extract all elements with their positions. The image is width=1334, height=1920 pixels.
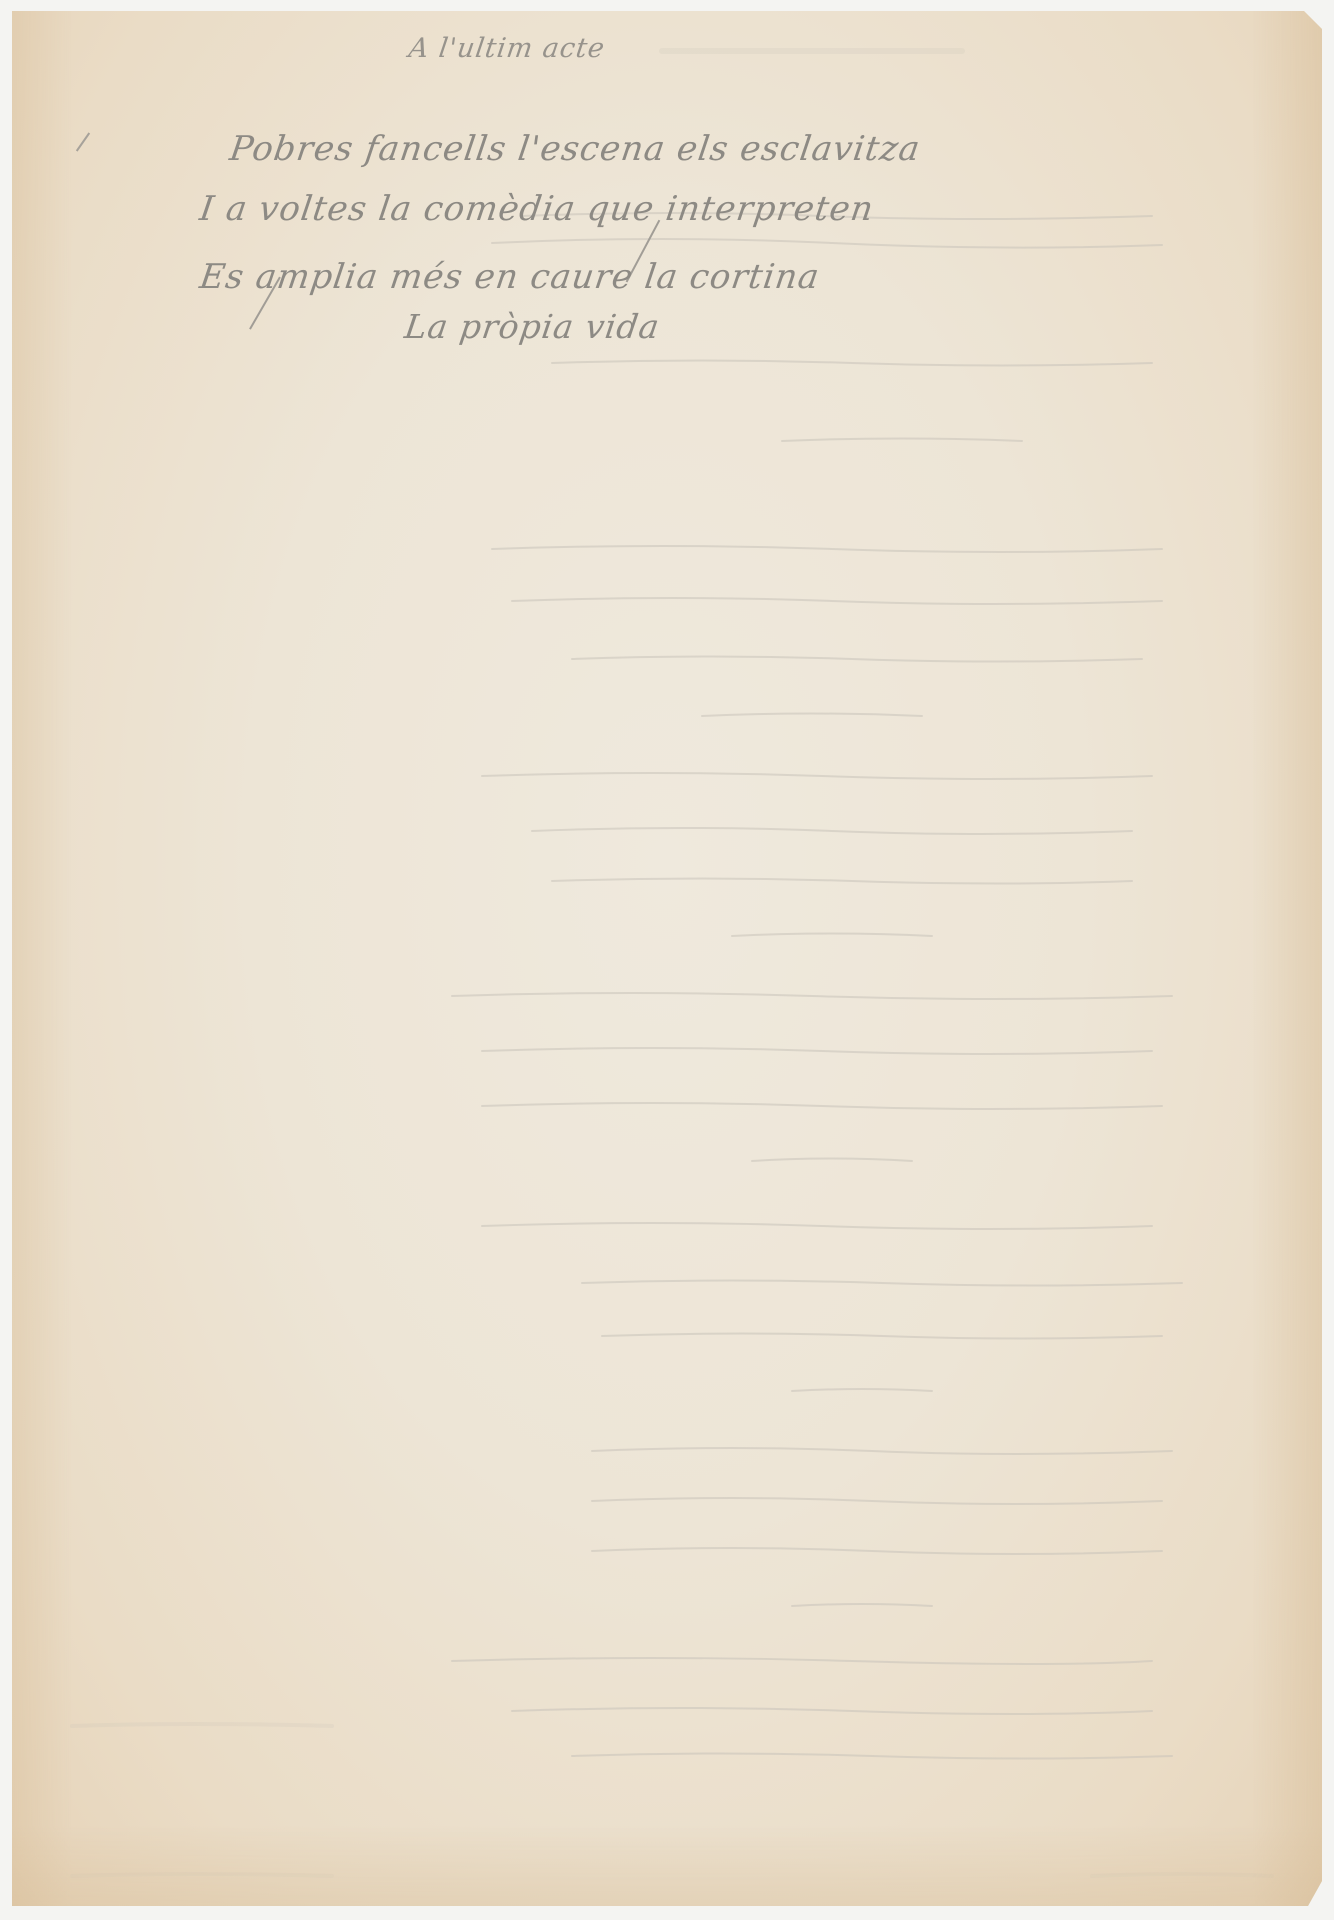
poem-line-1: Pobres fancells l'escena els esclavitza (227, 129, 923, 169)
paper-sheet: A l'ultim acte Pobres fancells l'escena … (12, 11, 1322, 1906)
manuscript-heading: A l'ultim acte (407, 33, 607, 64)
pencil-mark (76, 132, 90, 151)
poem-line-4: La pròpia vida (402, 307, 662, 346)
poem-line-2: I a voltes la comèdia que interpreten (197, 189, 876, 229)
scanned-page: A l'ultim acte Pobres fancells l'escena … (0, 0, 1334, 1920)
poem-line-3: Es amplia més en caure la cortina (197, 257, 822, 297)
